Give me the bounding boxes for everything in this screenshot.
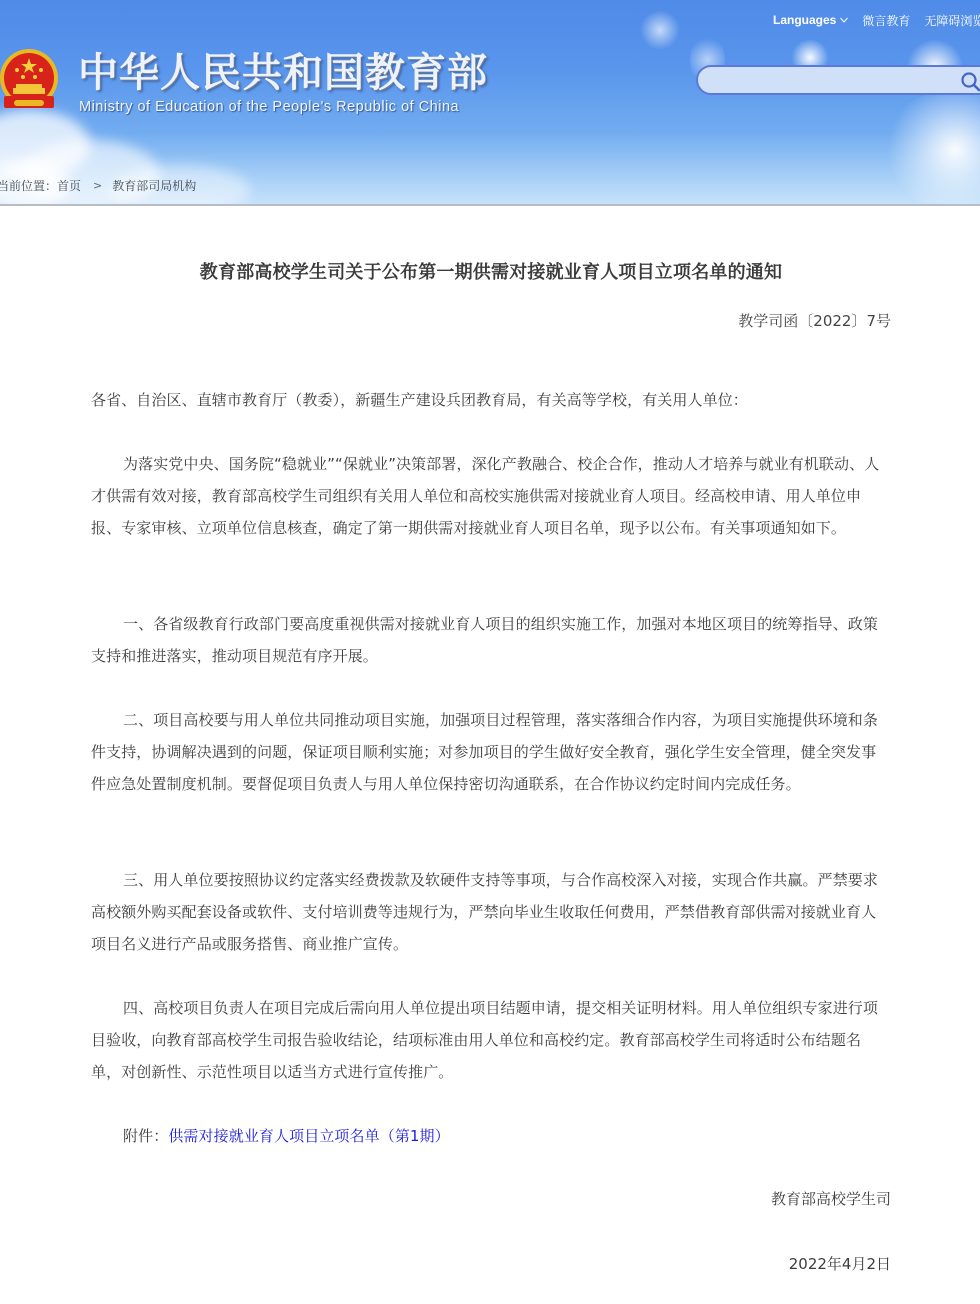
article-title: 教育部高校学生司关于公布第一期供需对接就业育人项目立项名单的通知 [91, 260, 891, 286]
attachment-label: 附件： [123, 1127, 168, 1145]
site-header: 中华人民共和国教育部 Ministry of Education of the … [0, 0, 980, 204]
salutation: 各省、自治区、直辖市教育厅（教委），新疆生产建设兵团教育局，有关高等学校，有关用… [91, 384, 891, 416]
attachment-line: 附件：供需对接就业育人项目立项名单（第1期） [91, 1120, 891, 1152]
search-icon[interactable] [960, 71, 980, 93]
site-subtitle: Ministry of Education of the People's Re… [79, 99, 459, 115]
languages-dropdown[interactable]: Languages [773, 13, 836, 27]
header-divider [0, 204, 980, 206]
signature: 教育部高校学生司 [771, 1186, 891, 1212]
breadcrumb: 当前位置： 首页 > 教育部司局机构 [0, 177, 196, 193]
top-links: Languages 微言教育 无障碍浏览 [773, 11, 980, 29]
dandelion-decoration [640, 10, 680, 50]
item-paragraph-1: 一、各省级教育行政部门要高度重视供需对接就业育人项目的组织实施工作，加强对本地区… [91, 608, 891, 672]
document-number: 教学司函〔2022〕7号 [738, 310, 891, 332]
search-input[interactable] [710, 71, 950, 91]
breadcrumb-current-link[interactable]: 教育部司局机构 [112, 177, 196, 194]
attachment-link[interactable]: 供需对接就业育人项目立项名单（第1期） [168, 1127, 449, 1145]
document-date: 2022年4月2日 [789, 1251, 891, 1277]
dandelion-decoration [880, 90, 980, 204]
site-title[interactable]: 中华人民共和国教育部 [78, 48, 488, 98]
accessibility-link[interactable]: 无障碍浏览 [924, 12, 980, 29]
item-paragraph-3: 三、用人单位要按照协议约定落实经费拨款及软硬件支持等事项，与合作高校深入对接，实… [91, 864, 891, 960]
breadcrumb-prefix: 当前位置： [0, 177, 57, 194]
item-paragraph-2: 二、项目高校要与用人单位共同推动项目实施，加强项目过程管理，落实落细合作内容，为… [91, 704, 891, 800]
item-paragraph-4: 四、高校项目负责人在项目完成后需向用人单位提出项目结题申请，提交相关证明材料。用… [91, 992, 891, 1088]
breadcrumb-separator: > [93, 179, 102, 192]
weiyan-education-link[interactable]: 微言教育 [862, 12, 910, 29]
intro-paragraph: 为落实党中央、国务院“稳就业”“保就业”决策部署，深化产教融合、校企合作，推动人… [91, 448, 891, 544]
breadcrumb-home-link[interactable]: 首页 [57, 177, 81, 194]
national-emblem-icon[interactable] [0, 48, 60, 116]
chevron-down-icon[interactable] [840, 16, 848, 24]
search-box [696, 65, 980, 95]
